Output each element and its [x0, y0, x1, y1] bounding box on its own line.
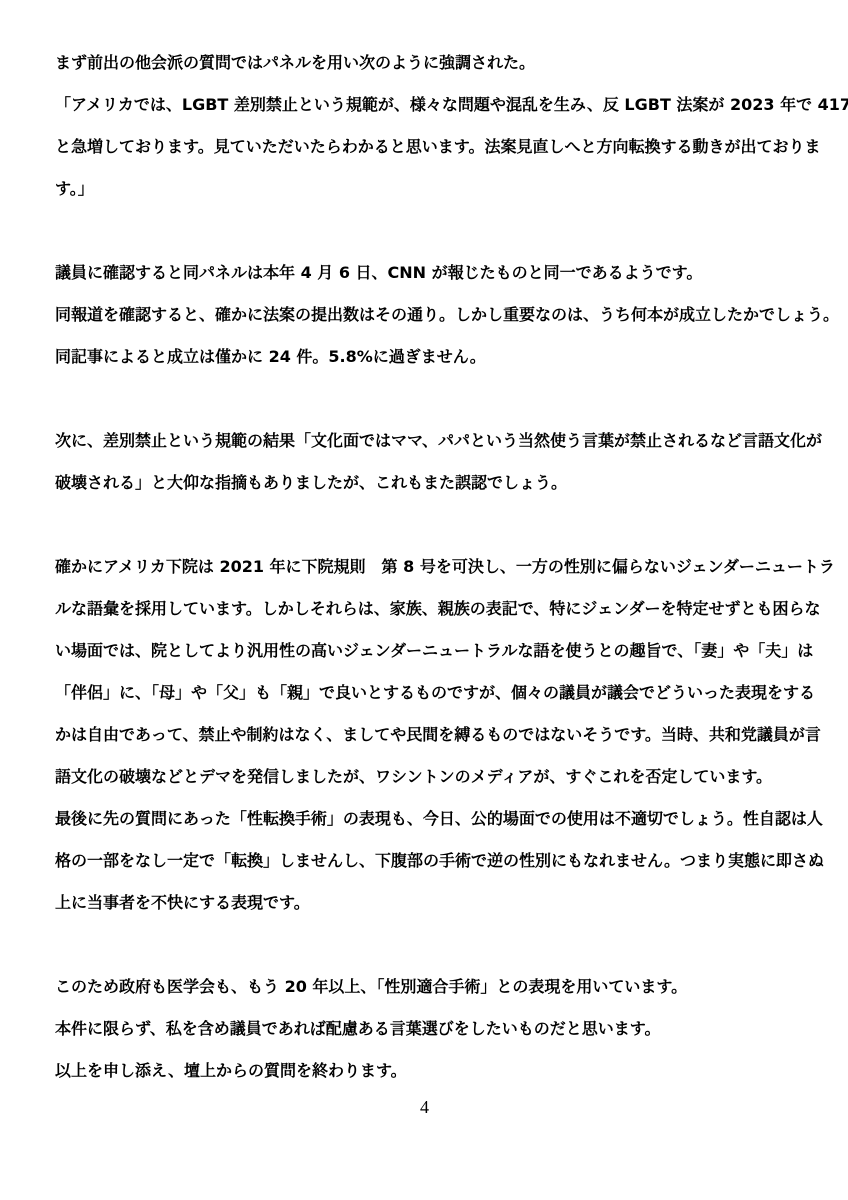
text-line: い場面では、院としてより汎用性の高いジェンダーニュートラルな語を使うとの趣旨で、…: [55, 630, 794, 672]
text-line: 次に、差別禁止という規範の結果「文化面ではママ、パパという当然使う言葉が禁止され…: [55, 420, 794, 462]
text-line: 同記事によると成立は僅かに 24 件。5.8%に過ぎません。: [55, 336, 794, 378]
text-line: 議員に確認すると同パネルは本年 4 月 6 日、CNN が報じたものと同一である…: [55, 252, 794, 294]
text-line: まず前出の他会派の質問ではパネルを用い次のように強調された。: [55, 42, 794, 84]
text-line: かは自由であって、禁止や制約はなく、ましてや民間を縛るものではないそうです。当時…: [55, 714, 794, 756]
text-line: す。」: [55, 168, 794, 210]
text-line: 以上を申し添え、壇上からの質問を終わります。: [55, 1050, 794, 1092]
blank-line: [55, 504, 794, 546]
blank-line: [55, 210, 794, 252]
blank-line: [55, 378, 794, 420]
text-line: 最後に先の質問にあった「性転換手術」の表現も、今日、公的場面での使用は不適切でし…: [55, 798, 794, 840]
page-number: 4: [55, 1094, 794, 1120]
blank-line: [55, 924, 794, 966]
text-line: 破壊される」と大仰な指摘もありましたが、これもまた誤認でしょう。: [55, 462, 794, 504]
text-line: 本件に限らず、私を含め議員であれば配慮ある言葉選びをしたいものだと思います。: [55, 1008, 794, 1050]
document-body: まず前出の他会派の質問ではパネルを用い次のように強調された。「アメリカでは、LG…: [55, 42, 794, 1092]
text-line: ルな語彙を採用しています。しかしそれらは、家族、親族の表記で、特にジェンダーを特…: [55, 588, 794, 630]
text-line: 確かにアメリカ下院は 2021 年に下院規則 第 8 号を可決し、一方の性別に偏…: [55, 546, 794, 588]
text-line: 語文化の破壊などとデマを発信しましたが、ワシントンのメディアが、すぐこれを否定し…: [55, 756, 794, 798]
text-line: 「アメリカでは、LGBT 差別禁止という規範が、様々な問題や混乱を生み、反 LG…: [55, 84, 794, 126]
text-line: 格の一部をなし一定で「転換」しませんし、下腹部の手術で逆の性別にもなれません。つ…: [55, 840, 794, 882]
text-line: このため政府も医学会も、もう 20 年以上、「性別適合手術」との表現を用いていま…: [55, 966, 794, 1008]
text-line: 同報道を確認すると、確かに法案の提出数はその通り。しかし重要なのは、うち何本が成…: [55, 294, 794, 336]
text-line: 「伴侶」に、「母」や「父」も「親」で良いとするものですが、個々の議員が議会でどう…: [55, 672, 794, 714]
document-page: まず前出の他会派の質問ではパネルを用い次のように強調された。「アメリカでは、LG…: [0, 0, 848, 1200]
text-line: 上に当事者を不快にする表現です。: [55, 882, 794, 924]
text-line: と急増しております。見ていただいたらわかると思います。法案見直しへと方向転換する…: [55, 126, 794, 168]
